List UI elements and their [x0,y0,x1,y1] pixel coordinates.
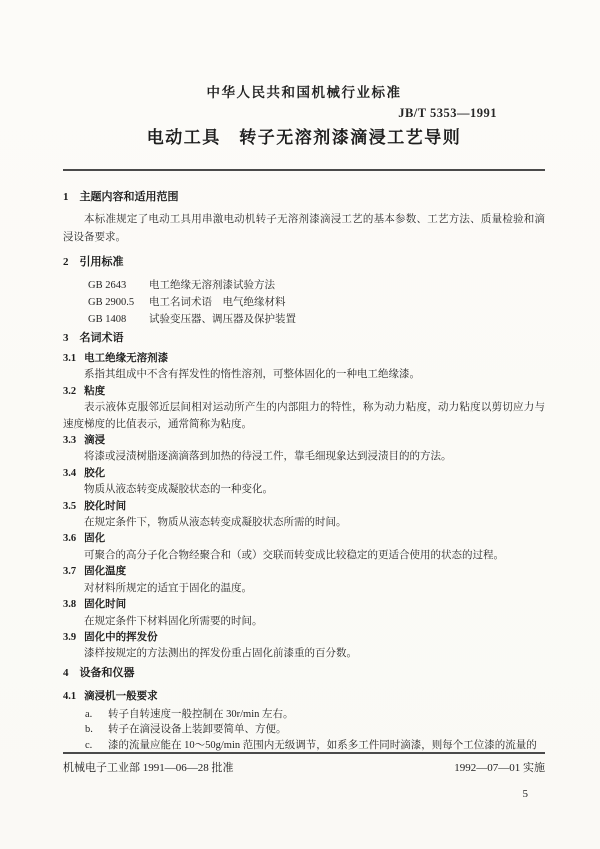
term-name: 固化中的挥发份 [84,632,158,643]
term-heading: 3.8固化时间 [63,597,545,613]
term-definition: 在规定条件下，物质从液态转变成凝胶状态所需的时间。 [63,515,545,531]
term-number: 3.2 [63,384,76,400]
term-heading: 3.6固化 [63,531,545,547]
term-entry: 3.1电工绝缘无溶剂漆 系指其组成中不含有挥发性的惰性溶剂，可整体固化的一种电工… [63,351,545,384]
term-name: 电工绝缘无溶剂漆 [84,353,168,364]
standard-org-line: 中华人民共和国机械行业标准 [63,86,545,100]
requirement-list: a. 转子自转速度一般控制在 30r/min 左右。 b. 转子在滴浸设备上装卸… [85,707,545,754]
reference-code: GB 1408 [88,311,149,328]
section-scope: 1主题内容和适用范围 本标准规定了电动工具用串激电动机转子无溶剂漆滴浸工艺的基本… [63,191,545,246]
term-definition: 物质从液态转变成凝胶状态的一种变化。 [63,482,545,498]
term-name: 固化 [84,533,105,544]
section-3-title: 名词术语 [80,332,124,344]
term-number: 3.7 [63,564,76,580]
term-entry: 3.8固化时间 在规定条件下材料固化所需要的时间。 [63,597,545,630]
implementation-note: 1992—07—01 实施 [454,762,545,775]
term-heading: 3.3滴浸 [63,433,545,449]
term-heading: 3.1电工绝缘无溶剂漆 [63,351,545,367]
page-number: 5 [523,788,529,800]
section-4-number: 4 [63,667,69,680]
section-4-heading: 4设备和仪器 [63,667,545,680]
header-divider [63,169,545,171]
term-name: 滴浸 [84,435,105,446]
term-definition: 在规定条件下材料固化所需要的时间。 [63,614,545,630]
term-number: 3.3 [63,433,76,449]
section-equipment: 4设备和仪器 4.1滴浸机一般要求 a. 转子自转速度一般控制在 30r/min… [63,667,545,754]
requirement-item-a: a. 转子自转速度一般控制在 30r/min 左右。 [85,707,545,723]
section-1-title: 主题内容和适用范围 [80,191,179,203]
term-definition: 将漆或浸渍树脂逐滴滴落到加热的待浸工件，靠毛细现象达到浸渍目的的方法。 [63,449,545,465]
term-entry: 3.9固化中的挥发份 漆样按规定的方法测出的挥发份重占固化前漆重的百分数。 [63,630,545,663]
section-1-heading: 1主题内容和适用范围 [63,191,545,204]
document-page: 中华人民共和国机械行业标准 JB/T 5353—1991 电动工具 转子无溶剂漆… [0,0,600,849]
item-text: 转子在滴浸设备上装卸要简单、方便。 [108,722,287,738]
term-definition: 漆样按规定的方法测出的挥发份重占固化前漆重的百分数。 [63,646,545,662]
requirement-item-b: b. 转子在滴浸设备上装卸要简单、方便。 [85,722,545,738]
term-name: 固化时间 [84,599,126,610]
term-heading: 3.7固化温度 [63,564,545,580]
term-heading: 3.4胶化 [63,466,545,482]
term-number: 3.4 [63,466,76,482]
reference-list: GB 2643 电工绝缘无溶剂漆试验方法 GB 2900.5 电工名词术语 电气… [88,277,545,328]
term-entry: 3.4胶化 物质从液态转变成凝胶状态的一种变化。 [63,466,545,499]
term-definition: 表示液体克服邻近层间相对运动所产生的内部阻力的特性，称为动力粘度，动力粘度以剪切… [63,400,545,433]
term-entry: 3.5胶化时间 在规定条件下，物质从液态转变成凝胶状态所需的时间。 [63,499,545,532]
term-heading: 3.5胶化时间 [63,499,545,515]
item-letter: b. [85,722,108,738]
term-name: 胶化时间 [84,501,126,512]
subsection-4-1-title: 滴浸机一般要求 [84,691,158,702]
standard-code: JB/T 5353—1991 [63,107,497,120]
term-definition: 可聚合的高分子化合物经聚合和（或）交联而转变成比较稳定的更适合使用的状态的过程。 [63,548,545,564]
item-letter: a. [85,707,108,723]
term-entry: 3.7固化温度 对材料所规定的适宜于固化的温度。 [63,564,545,597]
section-2-title: 引用标准 [80,256,124,268]
term-name: 胶化 [84,468,105,479]
term-name: 固化温度 [84,566,126,577]
reference-item: GB 2643 电工绝缘无溶剂漆试验方法 [88,277,545,294]
term-number: 3.9 [63,630,76,646]
section-1-paragraph: 本标准规定了电动工具用串激电动机转子无溶剂漆滴浸工艺的基本参数、工艺方法、质量检… [63,211,545,246]
section-references: 2引用标准 GB 2643 电工绝缘无溶剂漆试验方法 GB 2900.5 电工名… [63,256,545,328]
reference-name: 电工绝缘无溶剂漆试验方法 [149,277,275,294]
term-number: 3.5 [63,499,76,515]
subsection-4-1-number: 4.1 [63,690,76,703]
term-name: 粘度 [84,386,105,397]
subsection-4-1-heading: 4.1滴浸机一般要求 [63,690,545,703]
section-3-number: 3 [63,332,69,345]
term-number: 3.8 [63,597,76,613]
term-definition: 对材料所规定的适宜于固化的温度。 [63,581,545,597]
section-1-number: 1 [63,191,69,204]
document-title: 电动工具 转子无溶剂漆滴浸工艺导则 [63,127,545,148]
reference-name: 试验变压器、调压器及保护装置 [149,311,296,328]
approval-note: 机械电子工业部 1991—06—28 批准 [63,762,234,775]
page-footer: 机械电子工业部 1991—06—28 批准 1992—07—01 实施 [63,752,545,775]
term-entry: 3.3滴浸 将漆或浸渍树脂逐滴滴落到加热的待浸工件，靠毛细现象达到浸渍目的的方法… [63,433,545,466]
term-definition: 系指其组成中不含有挥发性的惰性溶剂，可整体固化的一种电工绝缘漆。 [63,367,545,383]
reference-code: GB 2643 [88,277,149,294]
term-number: 3.6 [63,531,76,547]
reference-name: 电工名词术语 电气绝缘材料 [149,294,286,311]
section-2-heading: 2引用标准 [63,256,545,269]
section-4-title: 设备和仪器 [80,667,135,679]
term-number: 3.1 [63,351,76,367]
section-terminology: 3名词术语 3.1电工绝缘无溶剂漆 系指其组成中不含有挥发性的惰性溶剂，可整体固… [63,332,545,663]
section-3-heading: 3名词术语 [63,332,545,345]
term-entry: 3.2粘度 表示液体克服邻近层间相对运动所产生的内部阻力的特性，称为动力粘度，动… [63,384,545,433]
term-heading: 3.2粘度 [63,384,545,400]
section-2-number: 2 [63,256,69,269]
term-list: 3.1电工绝缘无溶剂漆 系指其组成中不含有挥发性的惰性溶剂，可整体固化的一种电工… [63,351,545,663]
reference-code: GB 2900.5 [88,294,149,311]
reference-item: GB 1408 试验变压器、调压器及保护装置 [88,311,545,328]
item-text: 转子自转速度一般控制在 30r/min 左右。 [108,707,294,723]
term-heading: 3.9固化中的挥发份 [63,630,545,646]
reference-item: GB 2900.5 电工名词术语 电气绝缘材料 [88,294,545,311]
term-entry: 3.6固化 可聚合的高分子化合物经聚合和（或）交联而转变成比较稳定的更适合使用的… [63,531,545,564]
